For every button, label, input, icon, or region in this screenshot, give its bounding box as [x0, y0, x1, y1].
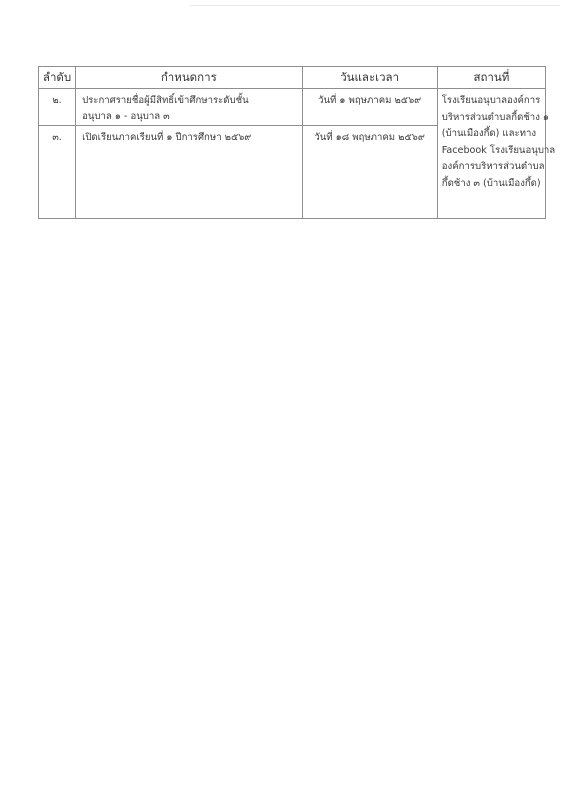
header-no: ลำดับ [39, 67, 76, 89]
date-cell: วันที่ ๑๘ พฤษภาคม ๒๕๖๙ [302, 126, 437, 219]
row-number: ๒. [39, 89, 76, 126]
scan-edge-line [190, 5, 560, 6]
schedule-table: ลำดับ กำหนดการ วันและเวลา สถานที่ ๒. ประ… [38, 66, 546, 219]
place-cell: โรงเรียนอนุบาลองค์การ บริหารส่วนตำบลกี้ด… [437, 89, 545, 219]
header-date: วันและเวลา [302, 67, 437, 89]
table-row: ๒. ประกาศรายชื่อผู้มีสิทธิ์เข้าศึกษาระดั… [39, 89, 546, 126]
place-line: โรงเรียนอนุบาลองค์การ [442, 93, 543, 110]
task-line: ประกาศรายชื่อผู้มีสิทธิ์เข้าศึกษาระดับชั… [82, 93, 301, 109]
place-line: กึ้ดช้าง ๓ (บ้านเมืองกึ้ด) [442, 176, 543, 193]
place-line: Facebook โรงเรียนอนุบาล [442, 143, 543, 160]
place-line: องค์การบริหารส่วนตำบล [442, 159, 543, 176]
header-place: สถานที่ [437, 67, 545, 89]
row-number: ๓. [39, 126, 76, 219]
date-cell: วันที่ ๑ พฤษภาคม ๒๕๖๙ [302, 89, 437, 126]
task-cell: เปิดเรียนภาคเรียนที่ ๑ ปีการศึกษา ๒๕๖๙ [76, 126, 302, 219]
task-line: เปิดเรียนภาคเรียนที่ ๑ ปีการศึกษา ๒๕๖๙ [82, 130, 301, 146]
place-line: (บ้านเมืองกึ้ด) และทาง [442, 126, 543, 143]
task-line: อนุบาล ๑ - อนุบาล ๓ [82, 109, 301, 125]
table-header-row: ลำดับ กำหนดการ วันและเวลา สถานที่ [39, 67, 546, 89]
task-cell: ประกาศรายชื่อผู้มีสิทธิ์เข้าศึกษาระดับชั… [76, 89, 302, 126]
header-task: กำหนดการ [76, 67, 302, 89]
place-line: บริหารส่วนตำบลกี้ดช้าง ๑ [442, 110, 543, 127]
